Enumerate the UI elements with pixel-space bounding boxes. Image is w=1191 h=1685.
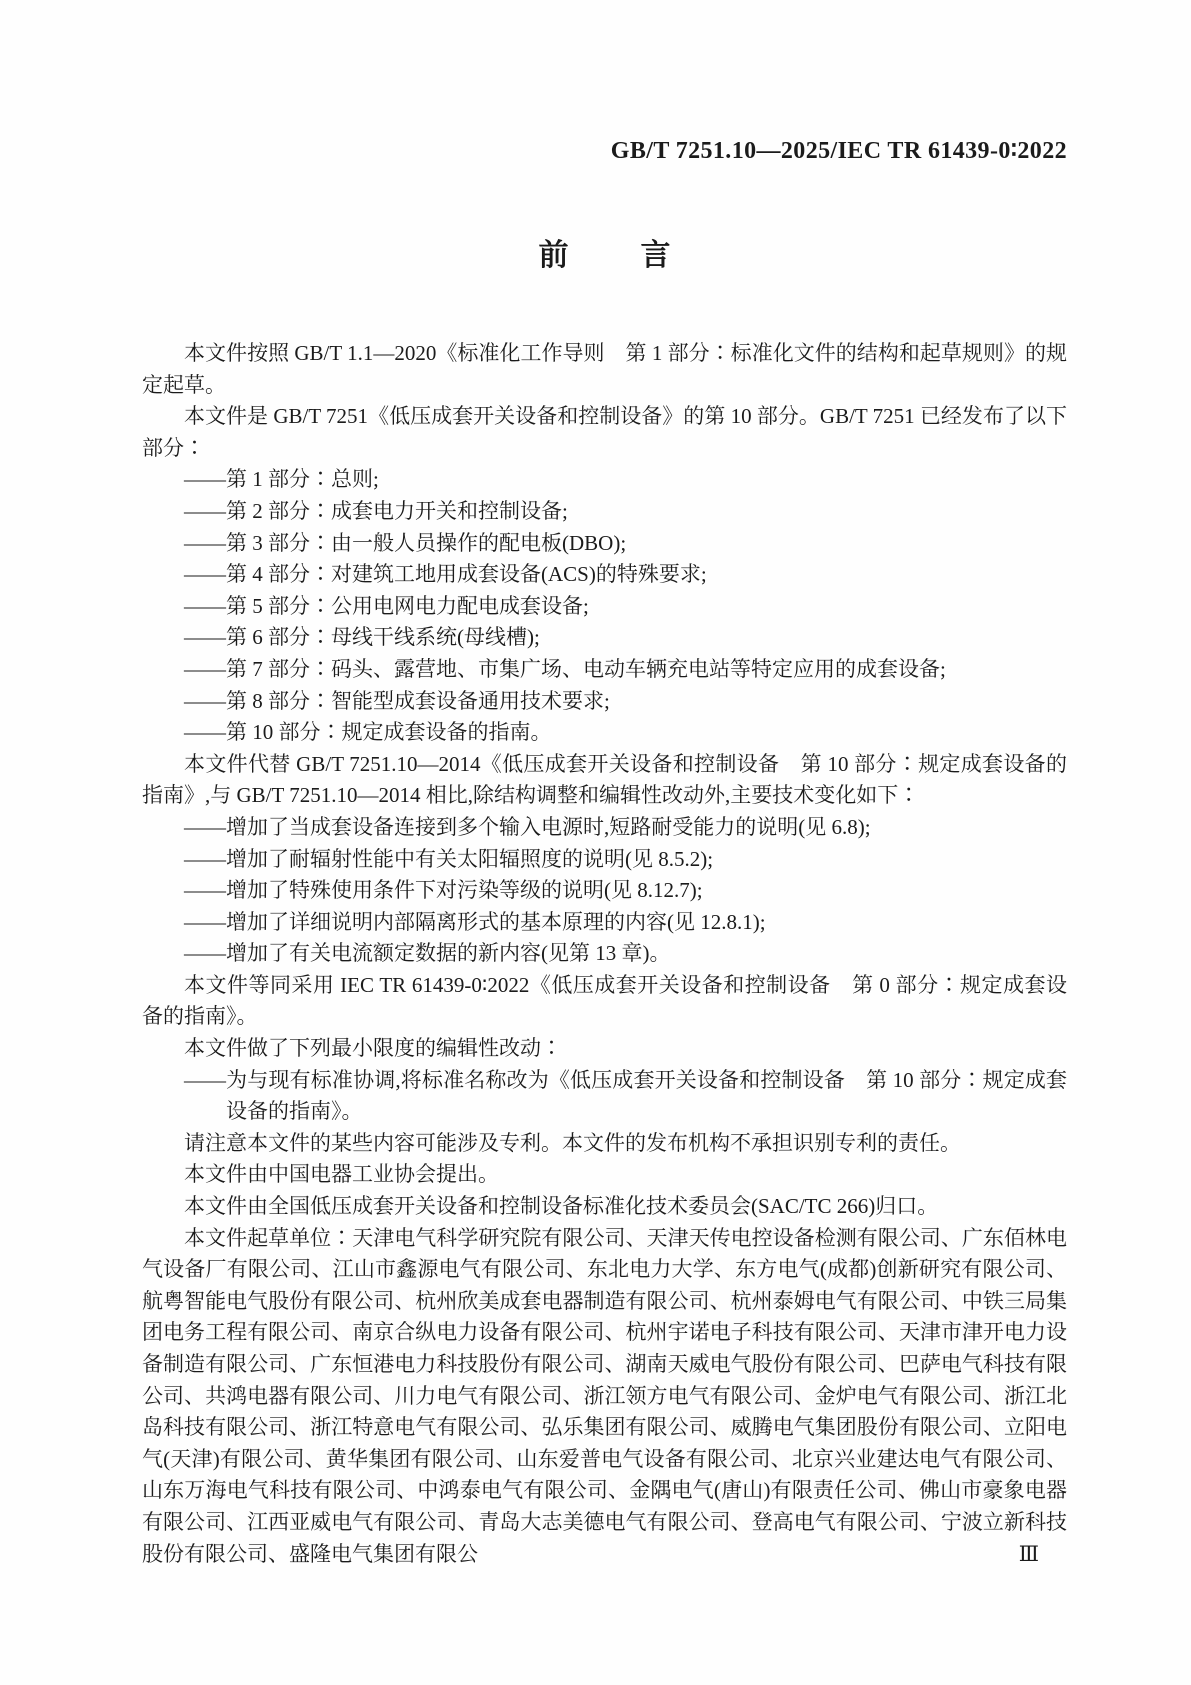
list-item: ——增加了耐辐射性能中有关太阳辐照度的说明(见 8.5.2);: [142, 844, 1067, 876]
standard-code-header: GB/T 7251.10—2025/IEC TR 61439-0∶2022: [142, 136, 1067, 165]
paragraph: 本文件做了下列最小限度的编辑性改动∶: [142, 1033, 1067, 1065]
list-item: ——第 4 部分∶对建筑工地用成套设备(ACS)的特殊要求;: [142, 559, 1067, 591]
paragraph: 本文件是 GB/T 7251《低压成套开关设备和控制设备》的第 10 部分。GB…: [142, 401, 1067, 464]
page-title-char-1: 前: [539, 240, 569, 272]
list-item: ——为与现有标准协调,将标准名称改为《低压成套开关设备和控制设备 第 10 部分…: [142, 1065, 1067, 1128]
paragraph: 本文件起草单位∶天津电气科学研究院有限公司、天津天传电控设备检测有限公司、广东佰…: [142, 1223, 1067, 1571]
paragraph: 本文件由中国电器工业协会提出。: [142, 1159, 1067, 1191]
document-page: GB/T 7251.10—2025/IEC TR 61439-0∶2022 前 …: [0, 0, 1191, 1685]
list-item: ——增加了当成套设备连接到多个输入电源时,短路耐受能力的说明(见 6.8);: [142, 812, 1067, 844]
page-number: Ⅲ: [142, 1540, 1067, 1568]
list-item: ——第 7 部分∶码头、露营地、市集广场、电动车辆充电站等特定应用的成套设备;: [142, 654, 1067, 686]
paragraph: 本文件等同采用 IEC TR 61439-0∶2022《低压成套开关设备和控制设…: [142, 970, 1067, 1033]
list-item: ——第 1 部分∶总则;: [142, 464, 1067, 496]
list-item: ——增加了特殊使用条件下对污染等级的说明(见 8.12.7);: [142, 875, 1067, 907]
list-item: ——增加了有关电流额定数据的新内容(见第 13 章)。: [142, 938, 1067, 970]
list-item: ——第 10 部分∶规定成套设备的指南。: [142, 717, 1067, 749]
page-title: 前 言: [142, 240, 1067, 272]
list-item: ——第 6 部分∶母线干线系统(母线槽);: [142, 622, 1067, 654]
list-item: ——第 2 部分∶成套电力开关和控制设备;: [142, 496, 1067, 528]
paragraph: 本文件按照 GB/T 1.1—2020《标准化工作导则 第 1 部分∶标准化文件…: [142, 338, 1067, 401]
paragraph: 本文件由全国低压成套开关设备和控制设备标准化技术委员会(SAC/TC 266)归…: [142, 1191, 1067, 1223]
list-item: ——第 3 部分∶由一般人员操作的配电板(DBO);: [142, 528, 1067, 560]
list-item: ——第 5 部分∶公用电网电力配电成套设备;: [142, 591, 1067, 623]
foreword-body: 本文件按照 GB/T 1.1—2020《标准化工作导则 第 1 部分∶标准化文件…: [142, 338, 1067, 1570]
page-title-char-2: 言: [641, 240, 671, 272]
list-item: ——第 8 部分∶智能型成套设备通用技术要求;: [142, 686, 1067, 718]
paragraph: 本文件代替 GB/T 7251.10—2014《低压成套开关设备和控制设备 第 …: [142, 749, 1067, 812]
paragraph: 请注意本文件的某些内容可能涉及专利。本文件的发布机构不承担识别专利的责任。: [142, 1128, 1067, 1160]
list-item: ——增加了详细说明内部隔离形式的基本原理的内容(见 12.8.1);: [142, 907, 1067, 939]
